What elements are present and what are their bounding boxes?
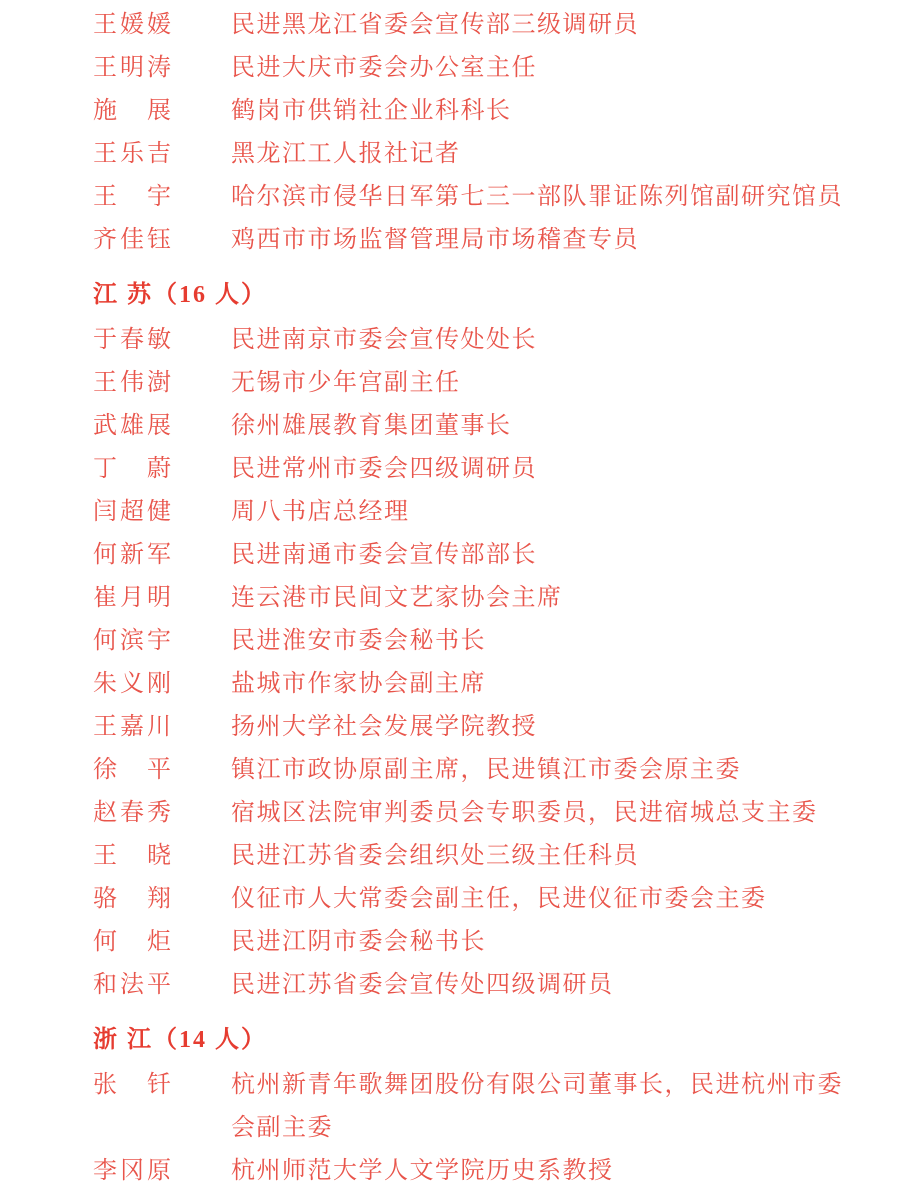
entry-name: 李冈原 bbox=[93, 1150, 231, 1193]
entry-row: 张 钎杭州新青年歌舞团股份有限公司董事长，民进杭州市委会副主委 bbox=[93, 1064, 860, 1150]
entry-name: 和法平 bbox=[93, 964, 231, 1007]
entry-row: 王明涛民进大庆市委会办公室主任 bbox=[93, 47, 860, 90]
entry-row: 施 展鹤岗市供销社企业科科长 bbox=[93, 90, 860, 133]
entry-name: 施 展 bbox=[93, 90, 231, 133]
entry-description: 无锡市少年宫副主任 bbox=[231, 362, 860, 405]
entry-name: 骆 翔 bbox=[93, 878, 231, 921]
entry-description: 鸡西市市场监督管理局市场稽查专员 bbox=[231, 219, 860, 262]
entry-name: 朱义刚 bbox=[93, 663, 231, 706]
entry-name: 于春敏 bbox=[93, 319, 231, 362]
document-page: 王媛媛民进黑龙江省委会宣传部三级调研员王明涛民进大庆市委会办公室主任施 展鹤岗市… bbox=[0, 0, 906, 1200]
entry-row: 王嘉川扬州大学社会发展学院教授 bbox=[93, 706, 860, 749]
entry-row: 王媛媛民进黑龙江省委会宣传部三级调研员 bbox=[93, 4, 860, 47]
entry-row: 赵春秀宿城区法院审判委员会专职委员，民进宿城总支主委 bbox=[93, 792, 860, 835]
entry-name: 王伟澍 bbox=[93, 362, 231, 405]
entry-description: 宿城区法院审判委员会专职委员，民进宿城总支主委 bbox=[231, 792, 860, 835]
entry-name: 王乐吉 bbox=[93, 133, 231, 176]
entry-name: 王 宇 bbox=[93, 176, 231, 219]
entry-description: 哈尔滨市侵华日军第七三一部队罪证陈列馆副研究馆员 bbox=[231, 176, 860, 219]
entry-description: 民进江苏省委会组织处三级主任科员 bbox=[231, 835, 860, 878]
entry-description: 连云港市民间文艺家协会主席 bbox=[231, 577, 860, 620]
entry-name: 赵春秀 bbox=[93, 792, 231, 835]
entry-row: 齐佳钰鸡西市市场监督管理局市场稽查专员 bbox=[93, 219, 860, 262]
entry-row: 王乐吉黑龙江工人报社记者 bbox=[93, 133, 860, 176]
entry-description: 黑龙江工人报社记者 bbox=[231, 133, 860, 176]
entry-name: 王明涛 bbox=[93, 47, 231, 90]
entry-row: 于春敏民进南京市委会宣传处处长 bbox=[93, 319, 860, 362]
entry-description: 杭州新青年歌舞团股份有限公司董事长，民进杭州市委会副主委 bbox=[231, 1064, 860, 1150]
entry-row: 李冈原杭州师范大学人文学院历史系教授 bbox=[93, 1150, 860, 1193]
entry-description: 徐州雄展教育集团董事长 bbox=[231, 405, 860, 448]
entry-name: 张 钎 bbox=[93, 1064, 231, 1107]
entry-description: 鹤岗市供销社企业科科长 bbox=[231, 90, 860, 133]
entry-name: 崔月明 bbox=[93, 577, 231, 620]
entry-row: 崔月明连云港市民间文艺家协会主席 bbox=[93, 577, 860, 620]
entry-row: 何滨宇民进淮安市委会秘书长 bbox=[93, 620, 860, 663]
entry-description: 民进黑龙江省委会宣传部三级调研员 bbox=[231, 4, 860, 47]
entry-description: 民进南京市委会宣传处处长 bbox=[231, 319, 860, 362]
entry-description: 镇江市政协原副主席，民进镇江市委会原主委 bbox=[231, 749, 860, 792]
entry-name: 王媛媛 bbox=[93, 4, 231, 47]
entry-row: 王 晓民进江苏省委会组织处三级主任科员 bbox=[93, 835, 860, 878]
entry-row: 何 炬民进江阴市委会秘书长 bbox=[93, 921, 860, 964]
entry-row: 丁 蔚民进常州市委会四级调研员 bbox=[93, 448, 860, 491]
entry-name: 何滨宇 bbox=[93, 620, 231, 663]
entry-name: 王嘉川 bbox=[93, 706, 231, 749]
entry-description: 民进南通市委会宣传部部长 bbox=[231, 534, 860, 577]
entry-row: 朱义刚盐城市作家协会副主席 bbox=[93, 663, 860, 706]
entry-description: 民进大庆市委会办公室主任 bbox=[231, 47, 860, 90]
entry-description: 民进江阴市委会秘书长 bbox=[231, 921, 860, 964]
entry-name: 闫超健 bbox=[93, 491, 231, 534]
entry-name: 王 晓 bbox=[93, 835, 231, 878]
entry-name: 徐 平 bbox=[93, 749, 231, 792]
entry-name: 齐佳钰 bbox=[93, 219, 231, 262]
section-header: 江 苏（16 人） bbox=[93, 274, 860, 317]
entry-description: 民进江苏省委会宣传处四级调研员 bbox=[231, 964, 860, 1007]
entry-description: 扬州大学社会发展学院教授 bbox=[231, 706, 860, 749]
entry-description: 杭州师范大学人文学院历史系教授 bbox=[231, 1150, 860, 1193]
entry-name: 武雄展 bbox=[93, 405, 231, 448]
entry-row: 何新军民进南通市委会宣传部部长 bbox=[93, 534, 860, 577]
entry-description: 民进常州市委会四级调研员 bbox=[231, 448, 860, 491]
entry-row: 徐 平镇江市政协原副主席，民进镇江市委会原主委 bbox=[93, 749, 860, 792]
entry-description: 民进淮安市委会秘书长 bbox=[231, 620, 860, 663]
entry-row: 骆 翔仪征市人大常委会副主任，民进仪征市委会主委 bbox=[93, 878, 860, 921]
entry-description: 仪征市人大常委会副主任，民进仪征市委会主委 bbox=[231, 878, 860, 921]
entry-name: 何 炬 bbox=[93, 921, 231, 964]
award-recipient-list: 王媛媛民进黑龙江省委会宣传部三级调研员王明涛民进大庆市委会办公室主任施 展鹤岗市… bbox=[93, 4, 860, 1193]
entry-description: 周八书店总经理 bbox=[231, 491, 860, 534]
entry-row: 闫超健周八书店总经理 bbox=[93, 491, 860, 534]
entry-row: 王 宇哈尔滨市侵华日军第七三一部队罪证陈列馆副研究馆员 bbox=[93, 176, 860, 219]
entry-row: 王伟澍无锡市少年宫副主任 bbox=[93, 362, 860, 405]
section-header: 浙 江（14 人） bbox=[93, 1019, 860, 1062]
entry-row: 和法平民进江苏省委会宣传处四级调研员 bbox=[93, 964, 860, 1007]
entry-name: 丁 蔚 bbox=[93, 448, 231, 491]
entry-row: 武雄展徐州雄展教育集团董事长 bbox=[93, 405, 860, 448]
entry-name: 何新军 bbox=[93, 534, 231, 577]
entry-description: 盐城市作家协会副主席 bbox=[231, 663, 860, 706]
